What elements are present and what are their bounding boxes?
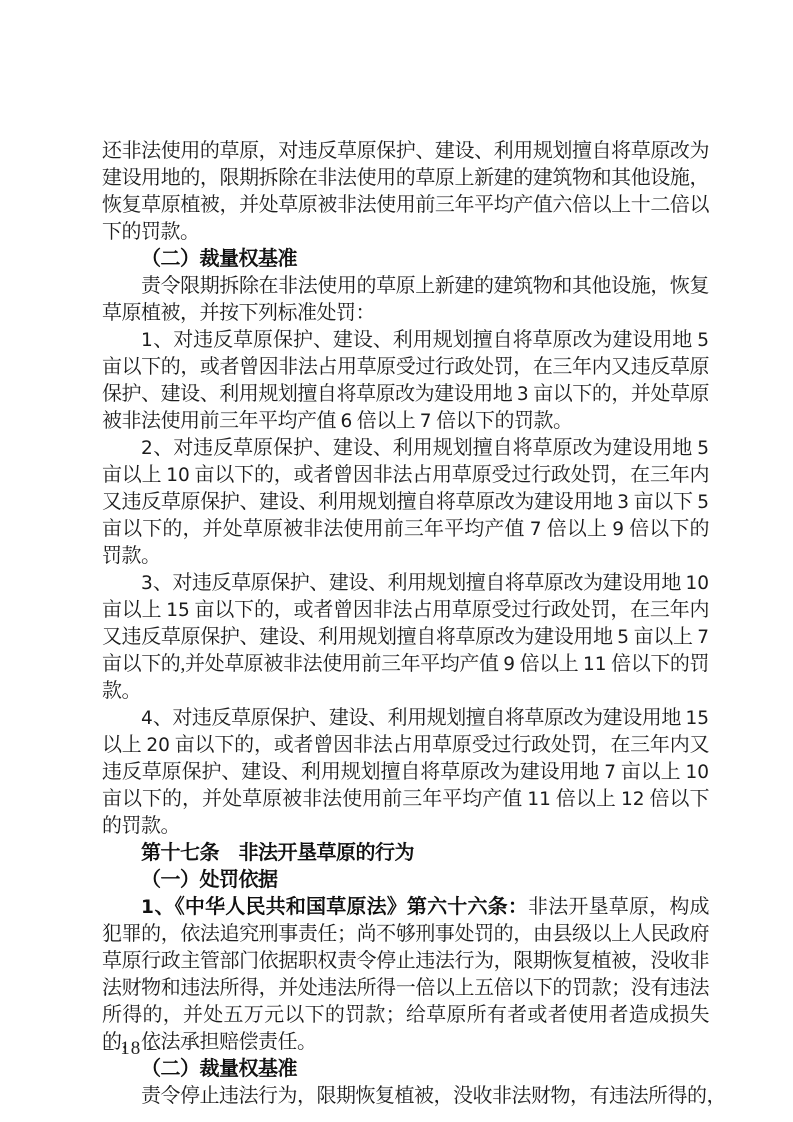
heading-text: （一）处罚依据 bbox=[141, 869, 278, 891]
continuation-paragraph: 还非法使用的草原，对违反草原保护、建设、利用规划擅自将草原改为建设用地的，限期拆… bbox=[102, 138, 709, 246]
paragraph-text: 2、对违反草原保护、建设、利用规划擅自将草原改为建设用地 5 亩以上 10 亩以… bbox=[102, 437, 709, 567]
body-paragraph-final: 责令停止违法行为，限期恢复植被，没收非法财物，有违法所得的， bbox=[102, 1083, 709, 1110]
heading-text: 第十七条 非法开垦草原的行为 bbox=[141, 842, 414, 864]
section-heading-penalty-basis: （一）处罚依据 bbox=[102, 867, 709, 894]
heading-text: （二）裁量权基准 bbox=[141, 1058, 297, 1080]
paragraph-text: 责令限期拆除在非法使用的草原上新建的建筑物和其他设施，恢复草原植被，并按下列标准… bbox=[102, 275, 709, 324]
paragraph-text: 非法开垦草原，构成犯罪的，依法追究刑事责任；尚不够刑事处罚的，由县级以上人民政府… bbox=[102, 896, 709, 1053]
body-paragraph-order: 责令限期拆除在非法使用的草原上新建的建筑物和其他设施，恢复草原植被，并按下列标准… bbox=[102, 273, 709, 327]
law-citation-title: 1、《中华人民共和国草原法》第六十六条： bbox=[141, 896, 528, 918]
paragraph-text: 4、对违反草原保护、建设、利用规划擅自将草原改为建设用地 15 以上 20 亩以… bbox=[102, 707, 709, 837]
numbered-item-3: 3、对违反草原保护、建设、利用规划擅自将草原改为建设用地 10 亩以上 15 亩… bbox=[102, 570, 709, 705]
paragraph-text: 3、对违反草原保护、建设、利用规划擅自将草原改为建设用地 10 亩以上 15 亩… bbox=[102, 572, 709, 702]
law-citation-paragraph: 1、《中华人民共和国草原法》第六十六条：非法开垦草原，构成犯罪的，依法追究刑事责… bbox=[102, 894, 709, 1056]
paragraph-text: 1、对违反草原保护、建设、利用规划擅自将草原改为建设用地 5 亩以下的，或者曾因… bbox=[102, 329, 709, 432]
paragraph-text: 还非法使用的草原，对违反草原保护、建设、利用规划擅自将草原改为建设用地的，限期拆… bbox=[102, 140, 709, 243]
numbered-item-4: 4、对违反草原保护、建设、利用规划擅自将草原改为建设用地 15 以上 20 亩以… bbox=[102, 705, 709, 840]
heading-text: （二）裁量权基准 bbox=[141, 248, 297, 270]
page-number: – 18 – bbox=[104, 1038, 158, 1060]
document-page: 还非法使用的草原，对违反草原保护、建设、利用规划擅自将草原改为建设用地的，限期拆… bbox=[0, 0, 793, 1122]
document-body: 还非法使用的草原，对违反草原保护、建设、利用规划擅自将草原改为建设用地的，限期拆… bbox=[102, 138, 709, 1110]
numbered-item-1: 1、对违反草原保护、建设、利用规划擅自将草原改为建设用地 5 亩以下的，或者曾因… bbox=[102, 327, 709, 435]
section-heading-discretion-criteria-1: （二）裁量权基准 bbox=[102, 246, 709, 273]
paragraph-text: 责令停止违法行为，限期恢复植被，没收非法财物，有违法所得的， bbox=[141, 1085, 726, 1107]
article-17-heading: 第十七条 非法开垦草原的行为 bbox=[102, 840, 709, 867]
numbered-item-2: 2、对违反草原保护、建设、利用规划擅自将草原改为建设用地 5 亩以上 10 亩以… bbox=[102, 435, 709, 570]
section-heading-discretion-criteria-2: （二）裁量权基准 bbox=[102, 1056, 709, 1083]
